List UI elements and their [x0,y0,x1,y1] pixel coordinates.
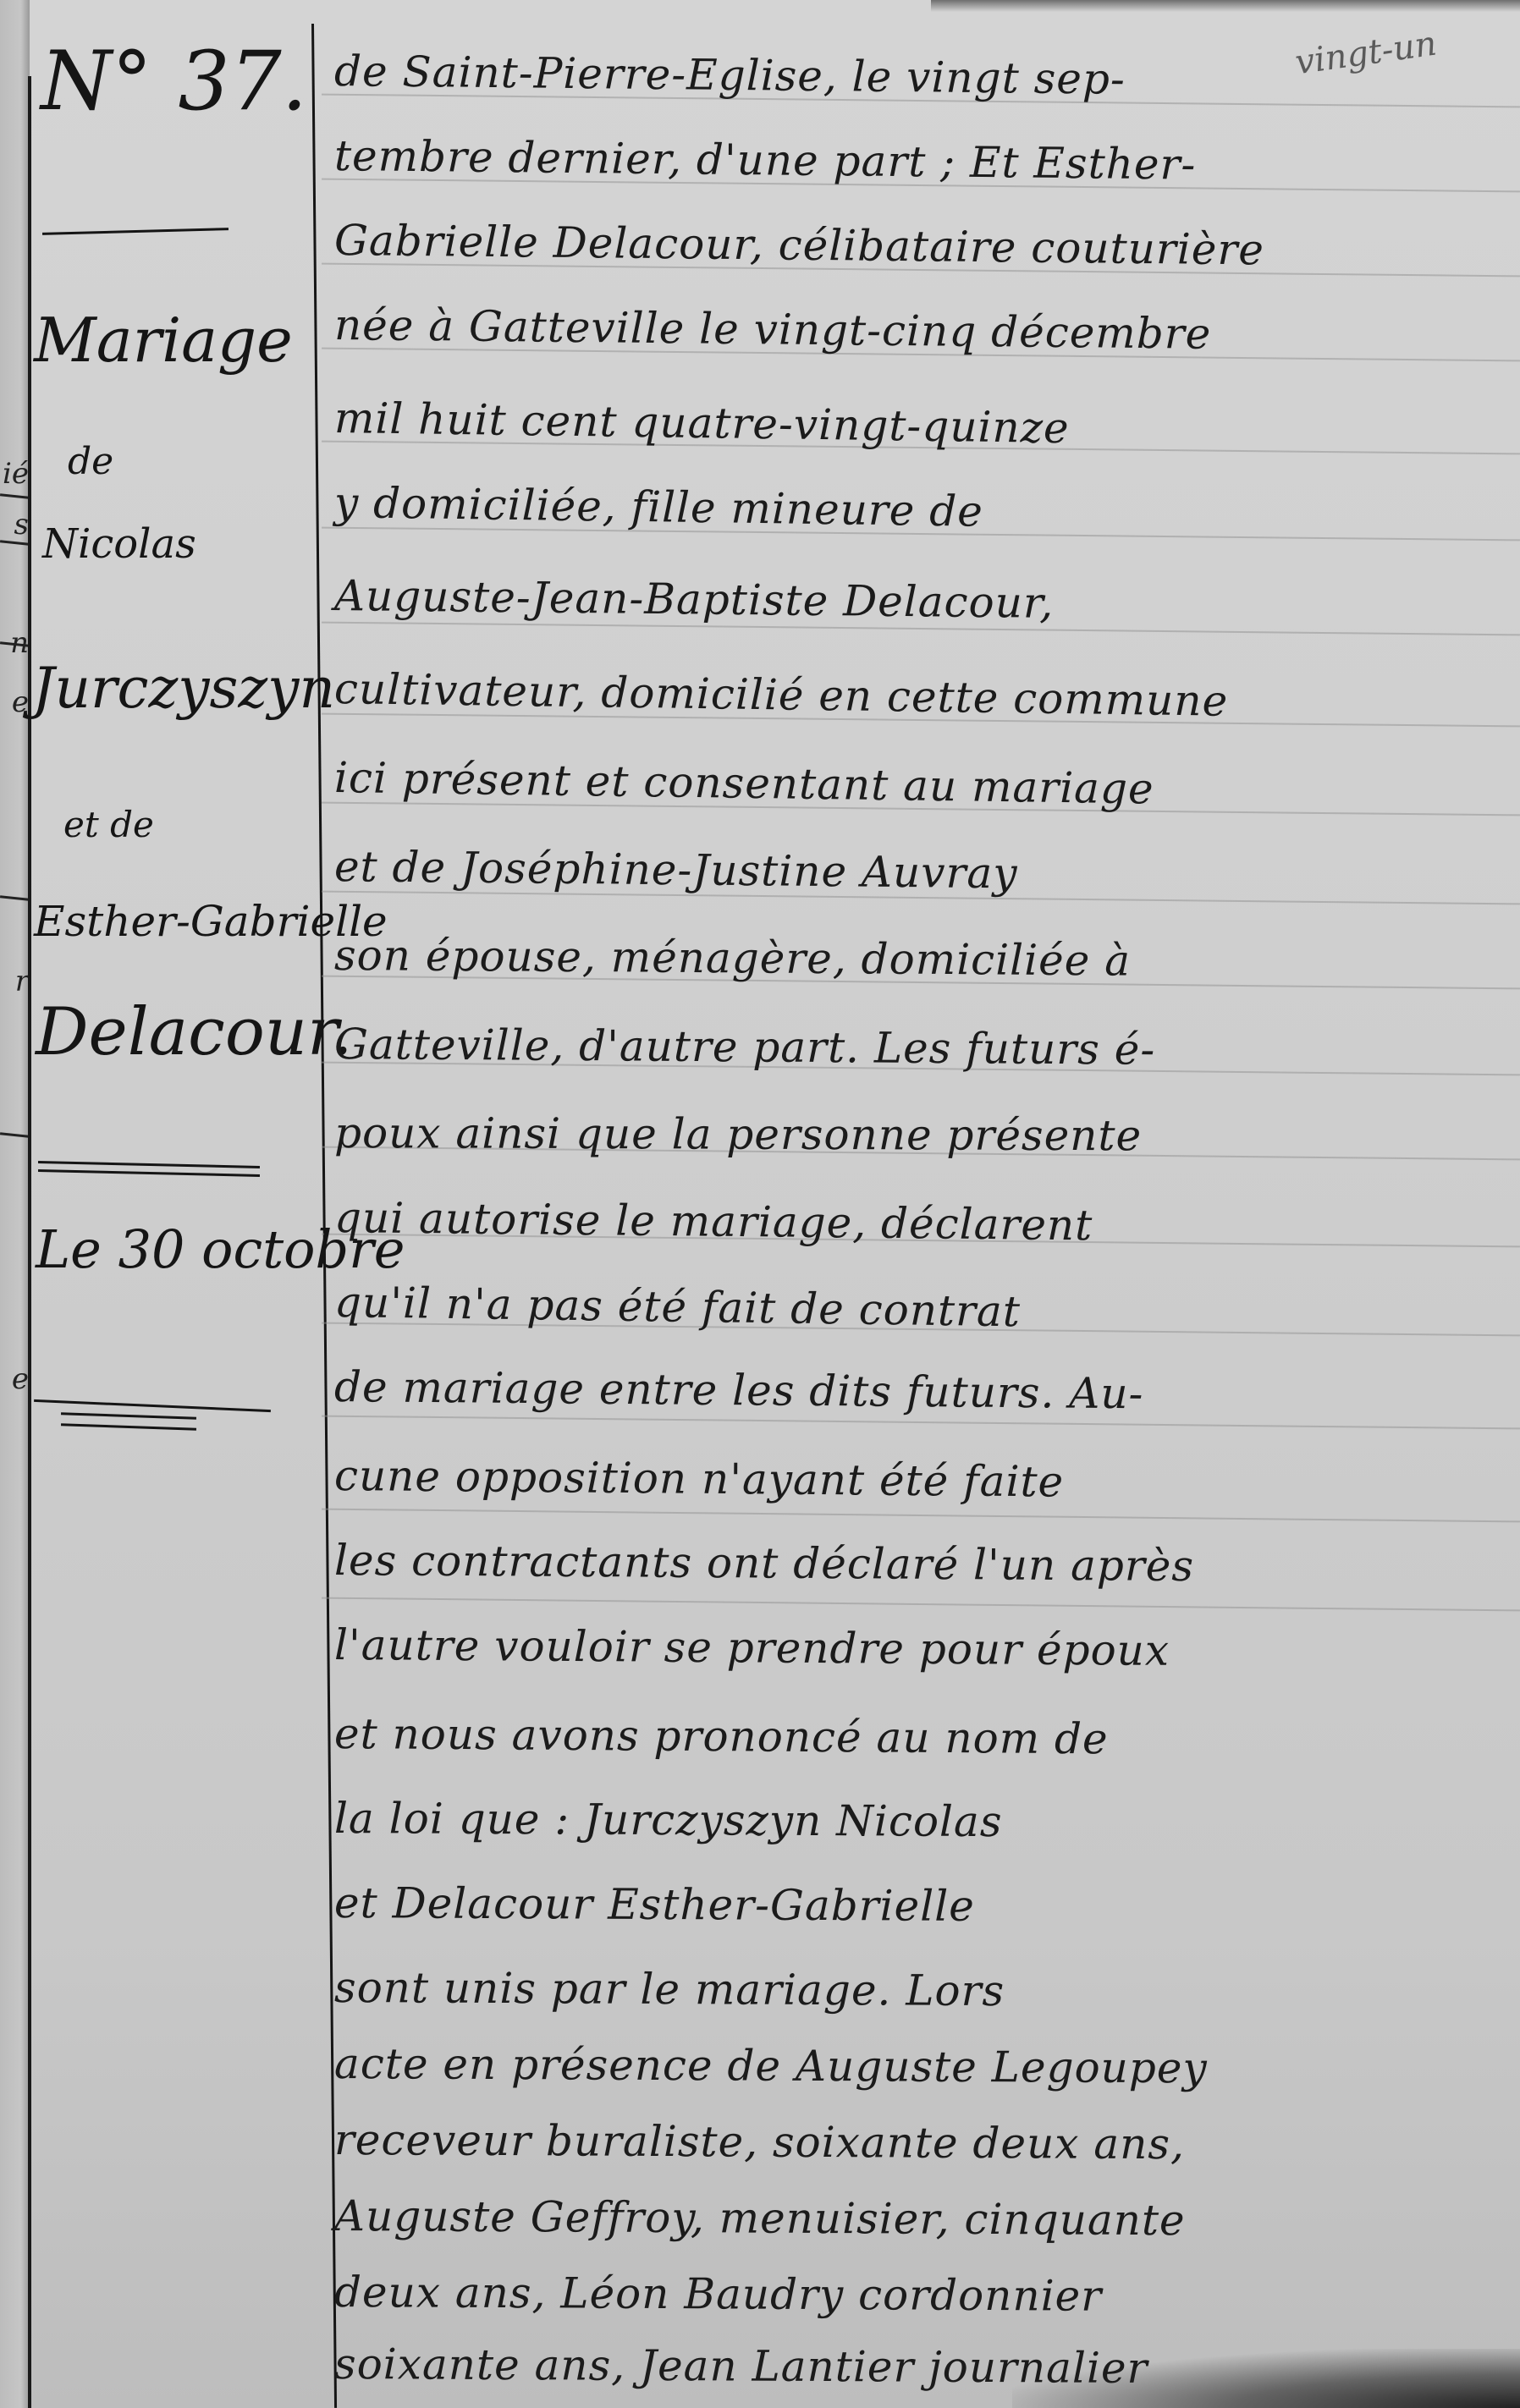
body-line: qu'il n'a pas été fait de contrat [334,1278,1512,1343]
body-line: Gatteville, d'autre part. Les futurs é- [334,1020,1511,1077]
body-line: poux ainsi que la personne présente [334,1108,1511,1162]
body-line: qui autorise le mariage, déclarent [334,1193,1512,1255]
body-line: son épouse, ménagère, domiciliée à [334,931,1511,988]
strip-fragment: s [0,508,29,542]
body-line: l'autre vouloir se prendre pour époux [334,1620,1511,1678]
column-divider-line [311,24,337,2408]
bride-surname: Delacour. [36,994,353,1070]
groom-first-name: Nicolas [42,520,196,568]
double-rule-bottom [61,1423,196,1431]
previous-page-edge [0,0,30,2408]
ruled-line [322,1597,1520,1612]
body-line: cultivateur, domicilié en cette commune [334,664,1512,729]
body-line: et Delacour Esther-Gabrielle [334,1878,1511,1933]
page-edge-shadow-top [931,0,1520,12]
register-page: ié s n e r e N° 37. Mariage de Nicolas J… [0,0,1520,2408]
body-line: les contractants ont déclaré l'un après [334,1536,1511,1593]
double-rule-top [38,1161,260,1168]
heading-underline [42,228,229,235]
record-title: Mariage [34,305,293,376]
body-line: Gabrielle Delacour, célibataire couturiè… [334,216,1512,278]
body-line: la loi que : Jurczyszyn Nicolas [334,1794,1511,1849]
body-line: receveur buraliste, soixante deux ans, [334,2115,1511,2170]
body-line: cune opposition n'ayant été faite [334,1451,1511,1510]
strip-fragment: e [0,1362,29,1396]
record-number: N° 37. [41,34,307,129]
strip-fragment: r [0,965,29,998]
body-line: tembre dernier, d'une part ; Et Esther- [334,131,1512,193]
connector-et-de: et de [63,804,154,845]
page-edge-shadow-bottom [1012,2349,1520,2408]
body-line: née à Gatteville le vingt-cinq décembre [334,300,1512,362]
body-line: sont unis par le mariage. Lors [334,1963,1511,2018]
strip-fragment: ié [0,457,29,491]
body-line: acte en présence de Auguste Legoupey [334,2039,1511,2094]
body-line: y domiciliée, fille mineure de [334,478,1512,543]
connector-de: de [68,440,113,483]
double-rule-bottom [34,1399,271,1412]
strip-fragment: e [0,685,29,719]
body-line: Auguste Geffroy, menuisier, cinquante [334,2191,1511,2246]
double-rule-bottom [61,1412,196,1420]
groom-surname: Jurczyszyn [32,656,335,721]
body-line: mil huit cent quatre-vingt-quinze [334,393,1512,459]
binding-margin-line [28,76,31,2408]
body-line: de mariage entre les dits futurs. Au- [334,1362,1511,1421]
body-line: deux ans, Léon Baudry cordonnier [334,2268,1511,2323]
double-rule-top [38,1169,260,1177]
body-line: ici présent et consentant au mariage [334,753,1512,818]
body-line: et nous avons prononcé au nom de [334,1709,1511,1767]
ruled-line [322,1509,1520,1523]
